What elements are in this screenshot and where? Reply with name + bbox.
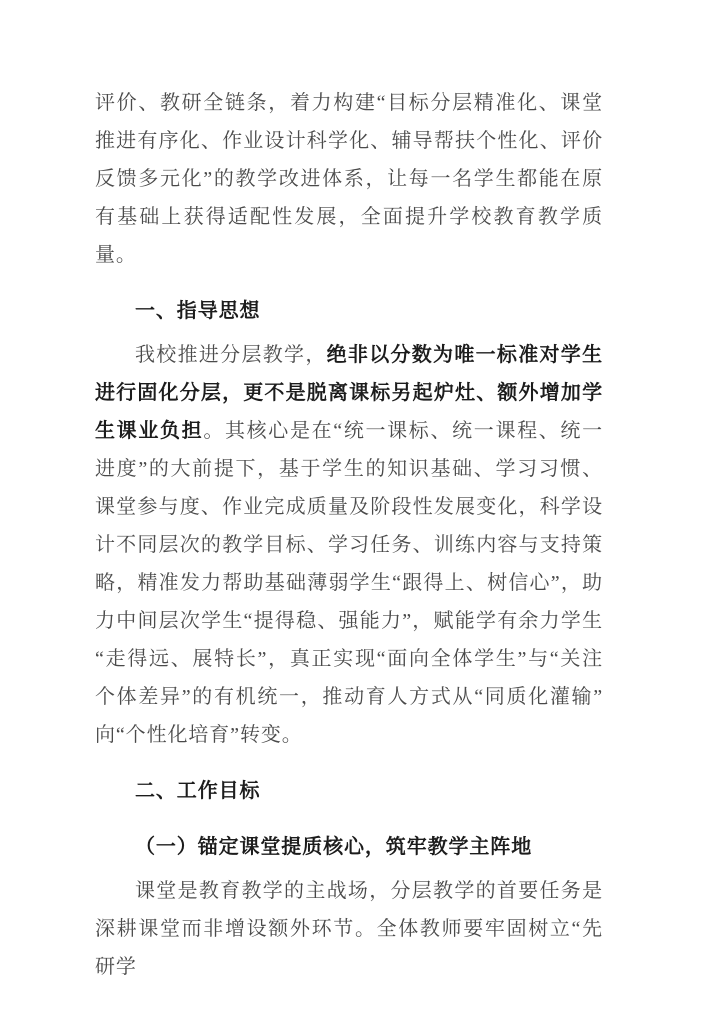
paragraph: 我校推进分层教学，绝非以分数为唯一标准对学生进行固化分层，更不是脱离课标另起炉灶… — [95, 336, 603, 754]
section-heading-level-2: （一）锚定课堂提质核心，筑牢教学主阵地 — [95, 828, 603, 866]
text-run: 。其核心是在“统一课标、统一课程、统一进度”的大前提下，基于学生的知识基础、学习… — [95, 420, 603, 746]
section-heading-level-1: 二、工作目标 — [95, 772, 603, 810]
bold-text-run: 一、指导思想 — [135, 300, 260, 322]
paragraph: 课堂是教育教学的主战场，分层教学的首要任务是深耕课堂而非增设额外环节。全体教师要… — [95, 872, 603, 986]
document-page: 评价、教研全链条，着力构建“目标分层精准化、课堂推进有序化、作业设计科学化、辅导… — [0, 0, 724, 1024]
document-body: 评价、教研全链条，着力构建“目标分层精准化、课堂推进有序化、作业设计科学化、辅导… — [95, 84, 603, 986]
bold-text-run: 二、工作目标 — [135, 780, 260, 802]
paragraph: 评价、教研全链条，着力构建“目标分层精准化、课堂推进有序化、作业设计科学化、辅导… — [95, 84, 603, 274]
text-run: 我校推进分层教学， — [135, 344, 327, 366]
section-heading-level-1: 一、指导思想 — [95, 292, 603, 330]
bold-text-run: （一）锚定课堂提质核心，筑牢教学主阵地 — [135, 836, 532, 858]
text-run: 课堂是教育教学的主战场，分层教学的首要任务是深耕课堂而非增设额外环节。全体教师要… — [95, 880, 603, 978]
text-run: 评价、教研全链条，着力构建“目标分层精准化、课堂推进有序化、作业设计科学化、辅导… — [95, 92, 603, 266]
